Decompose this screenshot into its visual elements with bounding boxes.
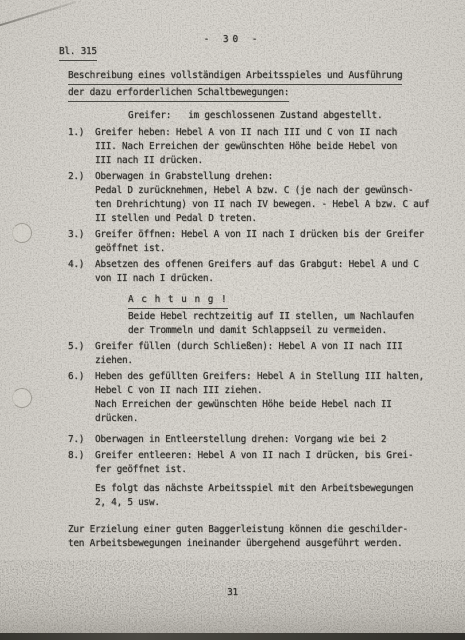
item-number: 3.) [68,228,95,256]
title-line-1: Beschreibung eines vollständigen Arbeits… [68,69,402,85]
list-item-7: 7.) Oberwagen in Entleerstellung drehen:… [68,433,453,447]
item-number: 1.) [68,126,95,168]
page-bottom-edge [0,633,465,640]
list-item-3: 3.) Greifer öffnen: Hebel A von II nach … [68,228,453,256]
list-item-4: 4.) Absetzen des offenen Greifers auf da… [68,258,453,286]
text-line: geöffnet ist. [95,242,424,256]
document-body: Beschreibung eines vollständigen Arbeits… [68,69,453,551]
text-line: von II nach I drücken. [95,272,419,286]
text-line: III nach II drücken. [95,154,397,168]
text-line: Greifer heben: Hebel A von II nach III u… [95,126,397,140]
text-line: drücken. [95,412,424,426]
text-line: Oberwagen in Entleerstellung drehen: Vor… [95,433,386,447]
text-line: der Trommeln und damit Schlappseil zu ve… [128,324,453,338]
intro-label: Greifer: [128,109,171,123]
text-line: Greifer entleeren: Hebel A von II nach I… [95,449,413,463]
list-item-8: 8.) Greifer entleeren: Hebel A von II na… [68,449,453,477]
document-title: Beschreibung eines vollständigen Arbeits… [68,69,453,102]
title-line-2: der dazu erforderlichen Schaltbewegungen… [68,86,289,102]
text-line: III. Nach Erreichen der gewünschten Höhe… [95,140,397,154]
sheet-reference: Bl. 315 [59,45,97,61]
corner-crease-mark [0,1,77,28]
text-line: Pedal D zurücknehmen, Hebel A bzw. C (je… [95,184,429,198]
item-number: 2.) [68,170,95,226]
list-item-6: 6.) Heben des gefüllten Greifers: Hebel … [68,370,453,426]
list-item-1: 1.) Greifer heben: Hebel A von II nach I… [68,126,453,168]
intro-text: im geschlossenen Zustand abgestellt. [188,109,382,123]
list-item-5: 5.) Greifer füllen (durch Schließen): He… [68,340,453,368]
warning-block: A c h t u n g ! Beide Hebel rechtzeitig … [128,293,453,338]
list-item-2: 2.) Oberwagen in Grabstellung drehen: Pe… [68,170,453,226]
scanned-document-page: - 30 - Bl. 315 Beschreibung eines vollst… [0,0,465,640]
text-line: Nach Erreichen der gewünschten Höhe beid… [95,398,424,412]
text-line: ten Arbeitsbewegungen ineinander übergeh… [68,537,453,551]
text-line: Greifer öffnen: Hebel A von II nach I dr… [95,228,424,242]
text-line: II stellen und Pedal D treten. [95,212,429,226]
text-line: Oberwagen in Grabstellung drehen: [95,170,429,184]
text-line: Zur Erzielung einer guten Baggerleistung… [68,523,453,537]
text-line: ten Drehrichtung) von II nach IV bewegen… [95,198,429,212]
text-line: 2, 4, 5 usw. [95,496,453,510]
text-line: Hebel C von II nach III ziehen. [95,384,424,398]
followup-note: Es folgt das nächste Arbeitsspiel mit de… [95,482,453,510]
intro-line: Greifer: im geschlossenen Zustand abgest… [128,109,453,123]
page-number-bottom: 31 [0,586,465,600]
text-line: ziehen. [95,354,402,368]
text-line: Beide Hebel rechtzeitig auf II stellen, … [128,310,453,324]
item-number: 5.) [68,340,95,368]
text-line: Heben des gefüllten Greifers: Hebel A in… [95,370,424,384]
text-line: Absetzen des offenen Greifers auf das Gr… [95,258,419,272]
item-number: 8.) [68,449,95,477]
item-number: 7.) [68,433,95,447]
warning-heading: A c h t u n g ! [128,293,453,309]
punch-hole-bottom [12,388,32,408]
item-number: 4.) [68,258,95,286]
text-line: Es folgt das nächste Arbeitsspiel mit de… [95,482,453,496]
item-number: 6.) [68,370,95,426]
text-line: fer geöffnet ist. [95,463,413,477]
text-line: Greifer füllen (durch Schließen): Hebel … [95,340,402,354]
punch-hole-top [12,223,32,243]
closing-paragraph: Zur Erzielung einer guten Baggerleistung… [68,523,453,551]
